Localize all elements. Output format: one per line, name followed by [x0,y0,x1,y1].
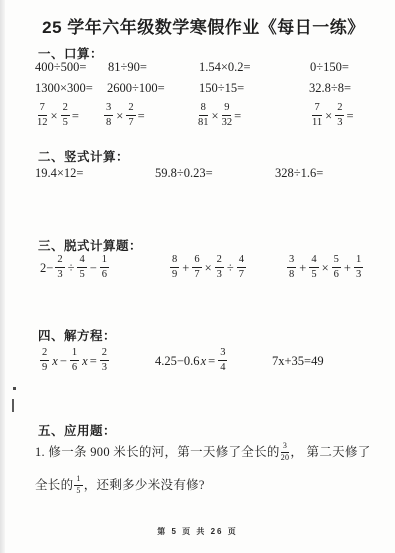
vertical-item: 328÷1.6= [275,166,323,181]
fraction: 23 [215,254,224,279]
fraction: 38 [104,102,113,127]
fraction: 25 [61,102,70,127]
math-text: × [211,109,220,124]
math-text: = [234,109,241,124]
math-text: × [115,109,124,124]
oral-fraction-row: 712×25 = 38×27 = 881×932 = 711×23 = [35,100,354,132]
oral-item: 2600÷100= [107,81,199,96]
equation-expression: 29x − 16x=23 [38,342,155,380]
math-text: + [181,261,190,276]
math-text: = [346,109,353,124]
fraction: 45 [77,254,86,279]
scan-edge-shadow [0,0,5,553]
math-text: = [72,109,79,124]
stepwise-expression: 38+45×56+13 [285,251,365,285]
fraction: 711 [312,102,322,127]
oral-item: 400÷500= [35,60,108,75]
fraction: 45 [309,254,318,279]
math-text: × [321,261,330,276]
oral-item: 81÷90= [108,60,199,75]
math-text: + [343,261,352,276]
scan-artifact-line [12,399,14,412]
fraction: 881 [198,102,209,127]
math-text: × [204,261,213,276]
fraction: 27 [126,102,135,127]
oral-item: 150÷15= [199,81,309,96]
fraction: 16 [70,347,79,372]
fraction: 47 [237,254,246,279]
math-text: 7x+35=49 [272,354,324,369]
equations-row: 29x − 16x=23 4.25−0.6x=34 7x+35=49 [38,342,324,380]
fraction: 29 [40,347,49,372]
variable: x [81,354,89,369]
math-text: × [324,109,333,124]
math-text: = [89,354,98,369]
fraction-expression: 38×27 = [102,100,196,132]
vertical-item: 19.4×12= [35,166,155,181]
fraction: 320 [281,442,290,462]
math-text: = [138,109,145,124]
page-title: 25 学年六年级数学寒假作业《每日一练》 [20,13,387,38]
stepwise-expression: 2−23÷45−16 [40,251,168,285]
fraction: 15 [74,475,82,495]
variable: x [200,354,208,369]
fraction-expression: 712×25 = [35,100,102,132]
fraction-expression: 881×932 = [196,100,310,132]
oral-row-1: 400÷500= 81÷90= 1.54×0.2= 0÷150= [35,60,349,75]
fraction: 16 [100,254,109,279]
oral-row-2: 1300×300= 2600÷100= 150÷15= 32.8÷8= [35,81,351,96]
oral-item: 1.54×0.2= [199,60,310,75]
fraction: 712 [37,102,48,127]
fraction: 34 [218,347,227,372]
section-heading-vertical: 二、竖式计算： [38,147,129,165]
fraction: 38 [287,254,296,279]
oral-item: 32.8÷8= [309,81,351,96]
math-text: ，还剩多少米没有修? [84,478,205,492]
stepwise-expression: 89+67×23÷47 [168,251,285,285]
fraction: 23 [335,102,344,127]
math-text: 1. 修一条 900 米长的河，第一天修了全长的 [35,445,280,459]
scan-artifact-dot [13,387,16,390]
math-text: = [207,354,216,369]
vertical-item: 59.8÷0.23= [155,166,275,181]
math-text: 4.25−0.6 [155,354,200,369]
oral-item: 0÷150= [310,60,349,75]
math-text: 2− [40,261,53,276]
worksheet-page: 25 学年六年级数学寒假作业《每日一练》 一、口算： 400÷500= 81÷9… [0,0,395,553]
fraction: 13 [354,254,363,279]
oral-item: 1300×300= [35,81,107,96]
math-text: × [50,109,59,124]
fraction-expression: 711×23 = [310,100,354,132]
fraction: 56 [332,254,341,279]
stepwise-row: 2−23÷45−16 89+67×23÷47 38+45×56+13 [40,251,365,285]
math-text: + [298,261,307,276]
fraction: 932 [222,102,233,127]
word-problem-text: 1. 修一条 900 米长的河，第一天修了全长的320， 第二天修了全长的15，… [35,436,383,502]
fraction: 23 [55,254,64,279]
variable: x [51,354,59,369]
math-text: ÷ [226,261,235,276]
fraction: 23 [100,347,109,372]
math-text: − [89,261,98,276]
page-number-footer: 第 5 页 共 26 页 [0,526,395,537]
vertical-row: 19.4×12= 59.8÷0.23= 328÷1.6= [35,166,323,181]
fraction: 89 [170,254,179,279]
fraction: 67 [192,254,201,279]
equation-expression: 4.25−0.6x=34 [155,342,272,380]
equation-expression: 7x+35=49 [272,342,324,380]
math-text: ÷ [67,261,76,276]
math-text: − [59,354,68,369]
